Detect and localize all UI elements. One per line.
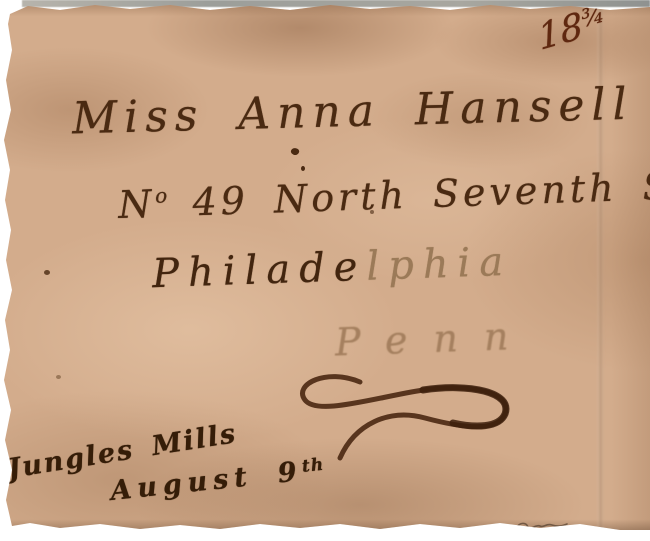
rate-whole: 18 — [536, 5, 586, 59]
ink-blot — [290, 147, 300, 157]
city-faded-part: lphia — [366, 239, 513, 290]
city-dark-part: Philade — [151, 244, 367, 297]
pencil-scribble — [512, 514, 570, 534]
ink-speck — [301, 166, 305, 171]
street-rest: 49 North Seventh St — [167, 163, 650, 225]
aged-envelope-paper: 18¾ Miss Anna Hansell No 49 North Sevent… — [0, 0, 650, 541]
address-recipient-name: Miss Anna Hansell — [72, 83, 635, 142]
address-street-line: No 49 North Seventh St — [118, 166, 650, 224]
scanned-envelope-image: 18¾ Miss Anna Hansell No 49 North Sevent… — [0, 0, 650, 541]
address-city-line: Philadelphia — [151, 242, 512, 295]
ink-speck — [56, 375, 61, 379]
postal-rate-mark: 18¾ — [536, 1, 608, 57]
docket-date-superscript: th — [301, 455, 325, 477]
street-number-prefix: N — [117, 182, 156, 227]
ink-speck — [44, 270, 50, 275]
ink-speck — [370, 210, 374, 214]
address-state-line: Penn — [334, 317, 535, 362]
